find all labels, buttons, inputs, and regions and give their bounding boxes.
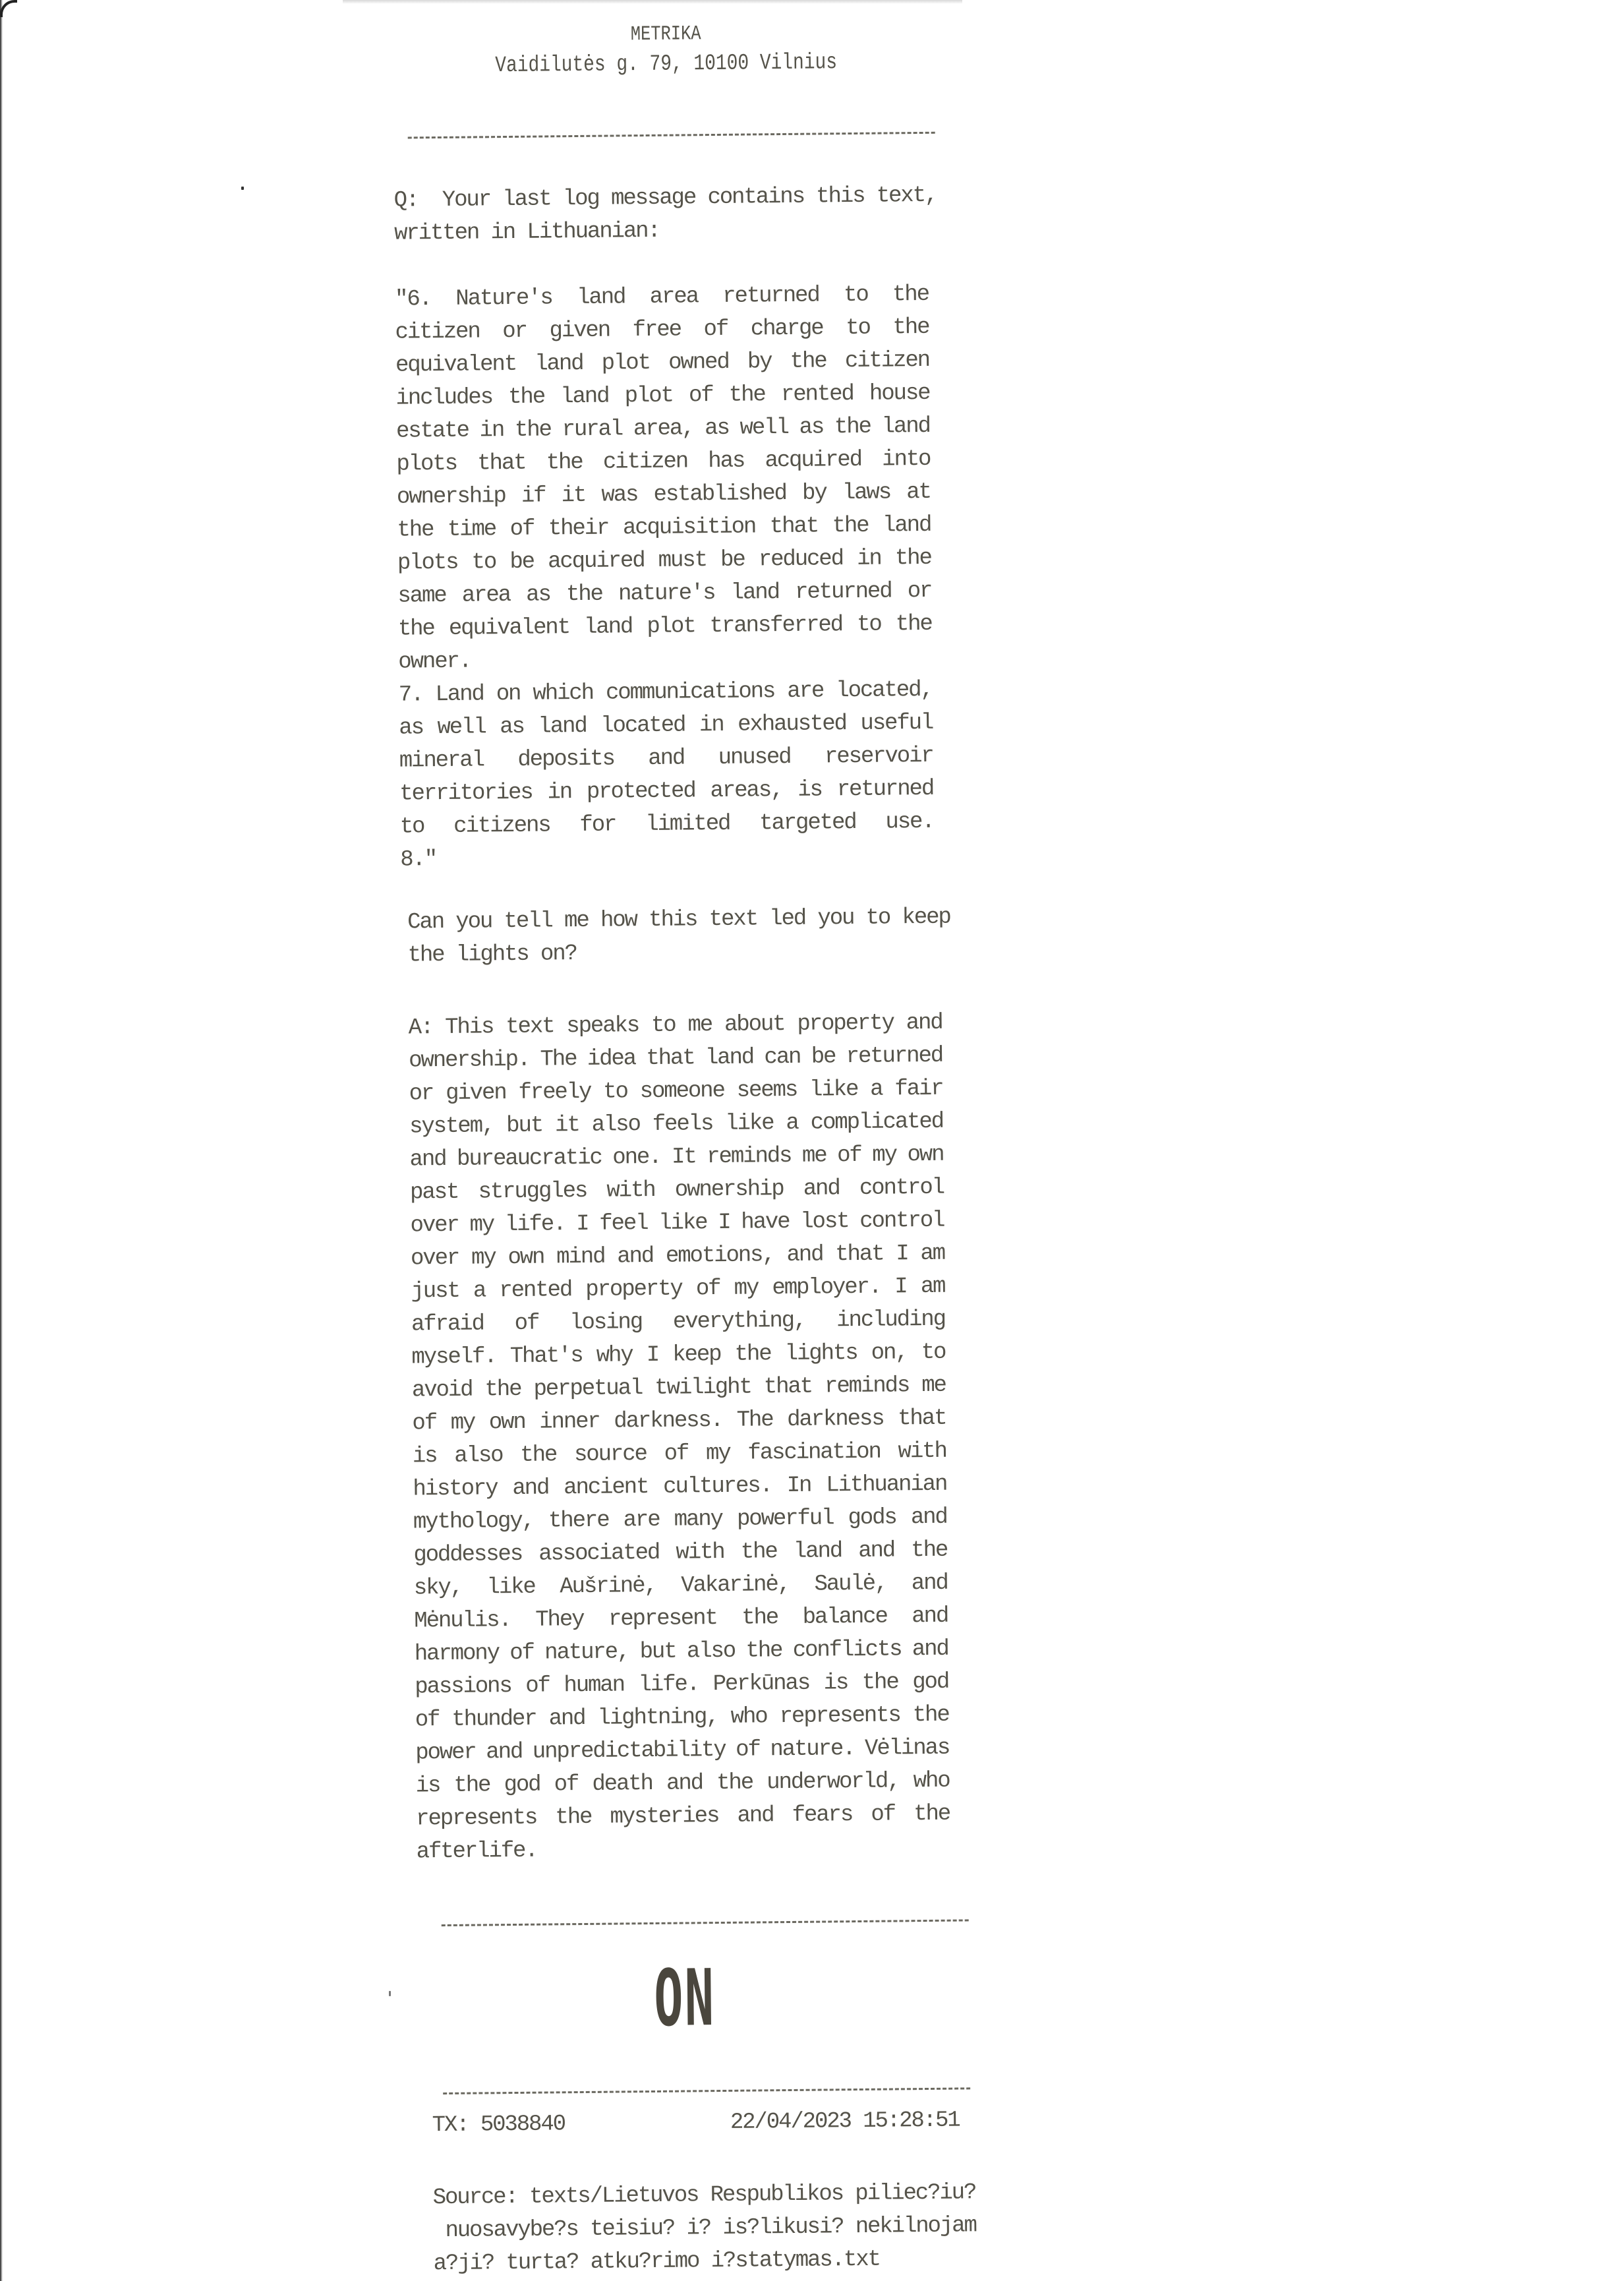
quoted-line: 8." [400,839,941,877]
answer-line: overmylife.IfeellikeIhavelostcontrol [410,1204,944,1243]
store-address: Vaidilutės g. 79, 10100 Vilnius [422,47,909,82]
source-line: Source: texts/Lietuvos Respublikos pilie… [432,2176,975,2214]
receipt-header: METRIKA Vaidilutės g. 79, 10100 Vilnius [369,17,963,82]
quoted-log-text: "6.Nature'slandareareturnedtothecitizeno… [395,278,941,877]
answer-line: system,butitalsofeelslikeacomplicated [409,1106,943,1144]
answer-line: goddessesassociatedwiththelandandthe [413,1534,947,1572]
receipt-top-edge-shadow [343,0,962,4]
source-path: Source: texts/Lietuvos Respublikos pilie… [432,2176,976,2280]
divider-bottom [443,2087,970,2094]
answer-line: isthegodofdeathandtheunderworld,who [415,1765,949,1803]
quoted-line: includesthelandplotoftherentedhouse [395,377,929,415]
quoted-line: aswellaslandlocatedinexhausteduseful [399,707,933,745]
answer-line: andbureaucraticone.Itremindsmeofmyown [409,1139,943,1177]
quoted-line: "6.Nature'slandareareturnedtothe [395,278,929,316]
quoted-line: estateintheruralarea,aswellastheland [396,410,930,448]
divider-top [408,132,935,139]
answer-line: ofmyowninnerdarkness.Thedarknessthat [412,1402,946,1440]
lights-status: ON [500,1957,869,2039]
answer-line: representsthemysteriesandfearsofthe [416,1798,950,1836]
quoted-line: theequivalentlandplottransferredtothe [398,608,932,646]
answer-line: orgivenfreelytosomeoneseemslikeafair [409,1073,942,1111]
answer-line: paststruggleswithownershipandcontrol [410,1171,944,1210]
answer-line: afterlife. [416,1831,956,1869]
quoted-line: mineraldepositsandunusedreservoir [399,740,933,778]
quoted-line: 7.Landonwhichcommunicationsarelocated, [399,674,933,712]
transaction-datetime: 22/04/2023 15:28:51 [730,2104,960,2139]
question-intro-line: Q: Your last log message contains this t… [393,179,934,218]
answer-line: Mėnulis.Theyrepresentthebalanceand [414,1600,948,1638]
answer-line: passionsofhumanlife.Perkūnasisthegod [415,1666,948,1704]
source-line: a?ji? turta? atku?rimo i?statymas.txt [433,2242,976,2280]
question-prompt: Can you tell me how this text led you to… [407,901,948,972]
quoted-line: territoriesinprotectedareas,isreturned [399,773,933,811]
transaction-row: TX: 5038840 22/04/2023 15:28:51 [432,2104,959,2143]
receipt-footer: TX: 5038840 22/04/2023 15:28:51 Source: … [432,2104,976,2280]
question-intro: Q: Your last log message contains this t… [393,179,935,251]
quoted-line: tocitizensforlimitedtargeteduse. [400,806,934,844]
quoted-line: thetimeoftheiracquisitionthattheland [397,509,931,547]
quoted-line: plotsthatthecitizenhasacquiredinto [396,443,930,481]
answer-line: overmyownmindandemotions,andthatIam [411,1237,944,1276]
status-display: ON [388,1955,981,2040]
answer-line: ofthunderandlightning,whorepresentsthe [415,1699,949,1737]
quoted-line: owner. [398,641,939,679]
answer-line: myself.That'swhyIkeepthelightson,to [411,1336,945,1375]
dust-speck [241,187,244,190]
answer-line: powerandunpredictabilityofnature.Vėlinas [415,1732,949,1770]
source-line: nuosavybe?s teisiu? i? is?likusi? nekiln… [433,2209,976,2247]
answer-line: isalsothesourceofmyfascinationwith [413,1435,946,1473]
quoted-line: plotstobeacquiredmustbereducedinthe [397,542,931,580]
prompt-line: Can you tell me how this text led you to… [407,901,948,939]
quoted-line: equivalentlandplotownedbythecitizen [395,344,929,382]
answer-line: historyandancientcultures.InLithuanian [413,1468,946,1506]
prompt-line: the lights on? [407,934,948,972]
answer-line: afraidoflosingeverything,including [411,1303,945,1342]
answer-line: ownership.Theideathatlandcanbereturned [409,1040,942,1078]
scan-edge [0,0,3,2281]
answer-line: avoidtheperpetualtwilightthatremindsme [412,1369,946,1407]
answer-line: justarentedpropertyofmyemployer.Iam [411,1270,944,1309]
answer-text: A:Thistextspeakstomeaboutpropertyandowne… [408,1007,956,1869]
divider-middle [442,1919,969,1926]
answer-line: mythology,therearemanypowerfulgodsand [413,1501,947,1539]
answer-line: A:Thistextspeakstomeaboutpropertyand [408,1007,942,1045]
answer-line: harmonyofnature,butalsotheconflictsand [415,1633,948,1671]
receipt: METRIKA Vaidilutės g. 79, 10100 Vilnius … [369,14,962,20]
quoted-line: citizenorgivenfreeofchargetothe [395,311,929,349]
transaction-id: TX: 5038840 [432,2108,565,2142]
quoted-line: ownershipifitwasestablishedbylawsat [397,476,931,514]
answer-line: sky,likeAušrinė,Vakarinė,Saulė,and [414,1567,948,1605]
question-intro-line: written in Lithuanian: [394,212,935,251]
quoted-line: sameareaasthenature'slandreturnedor [397,575,931,613]
store-name: METRIKA [422,18,909,51]
